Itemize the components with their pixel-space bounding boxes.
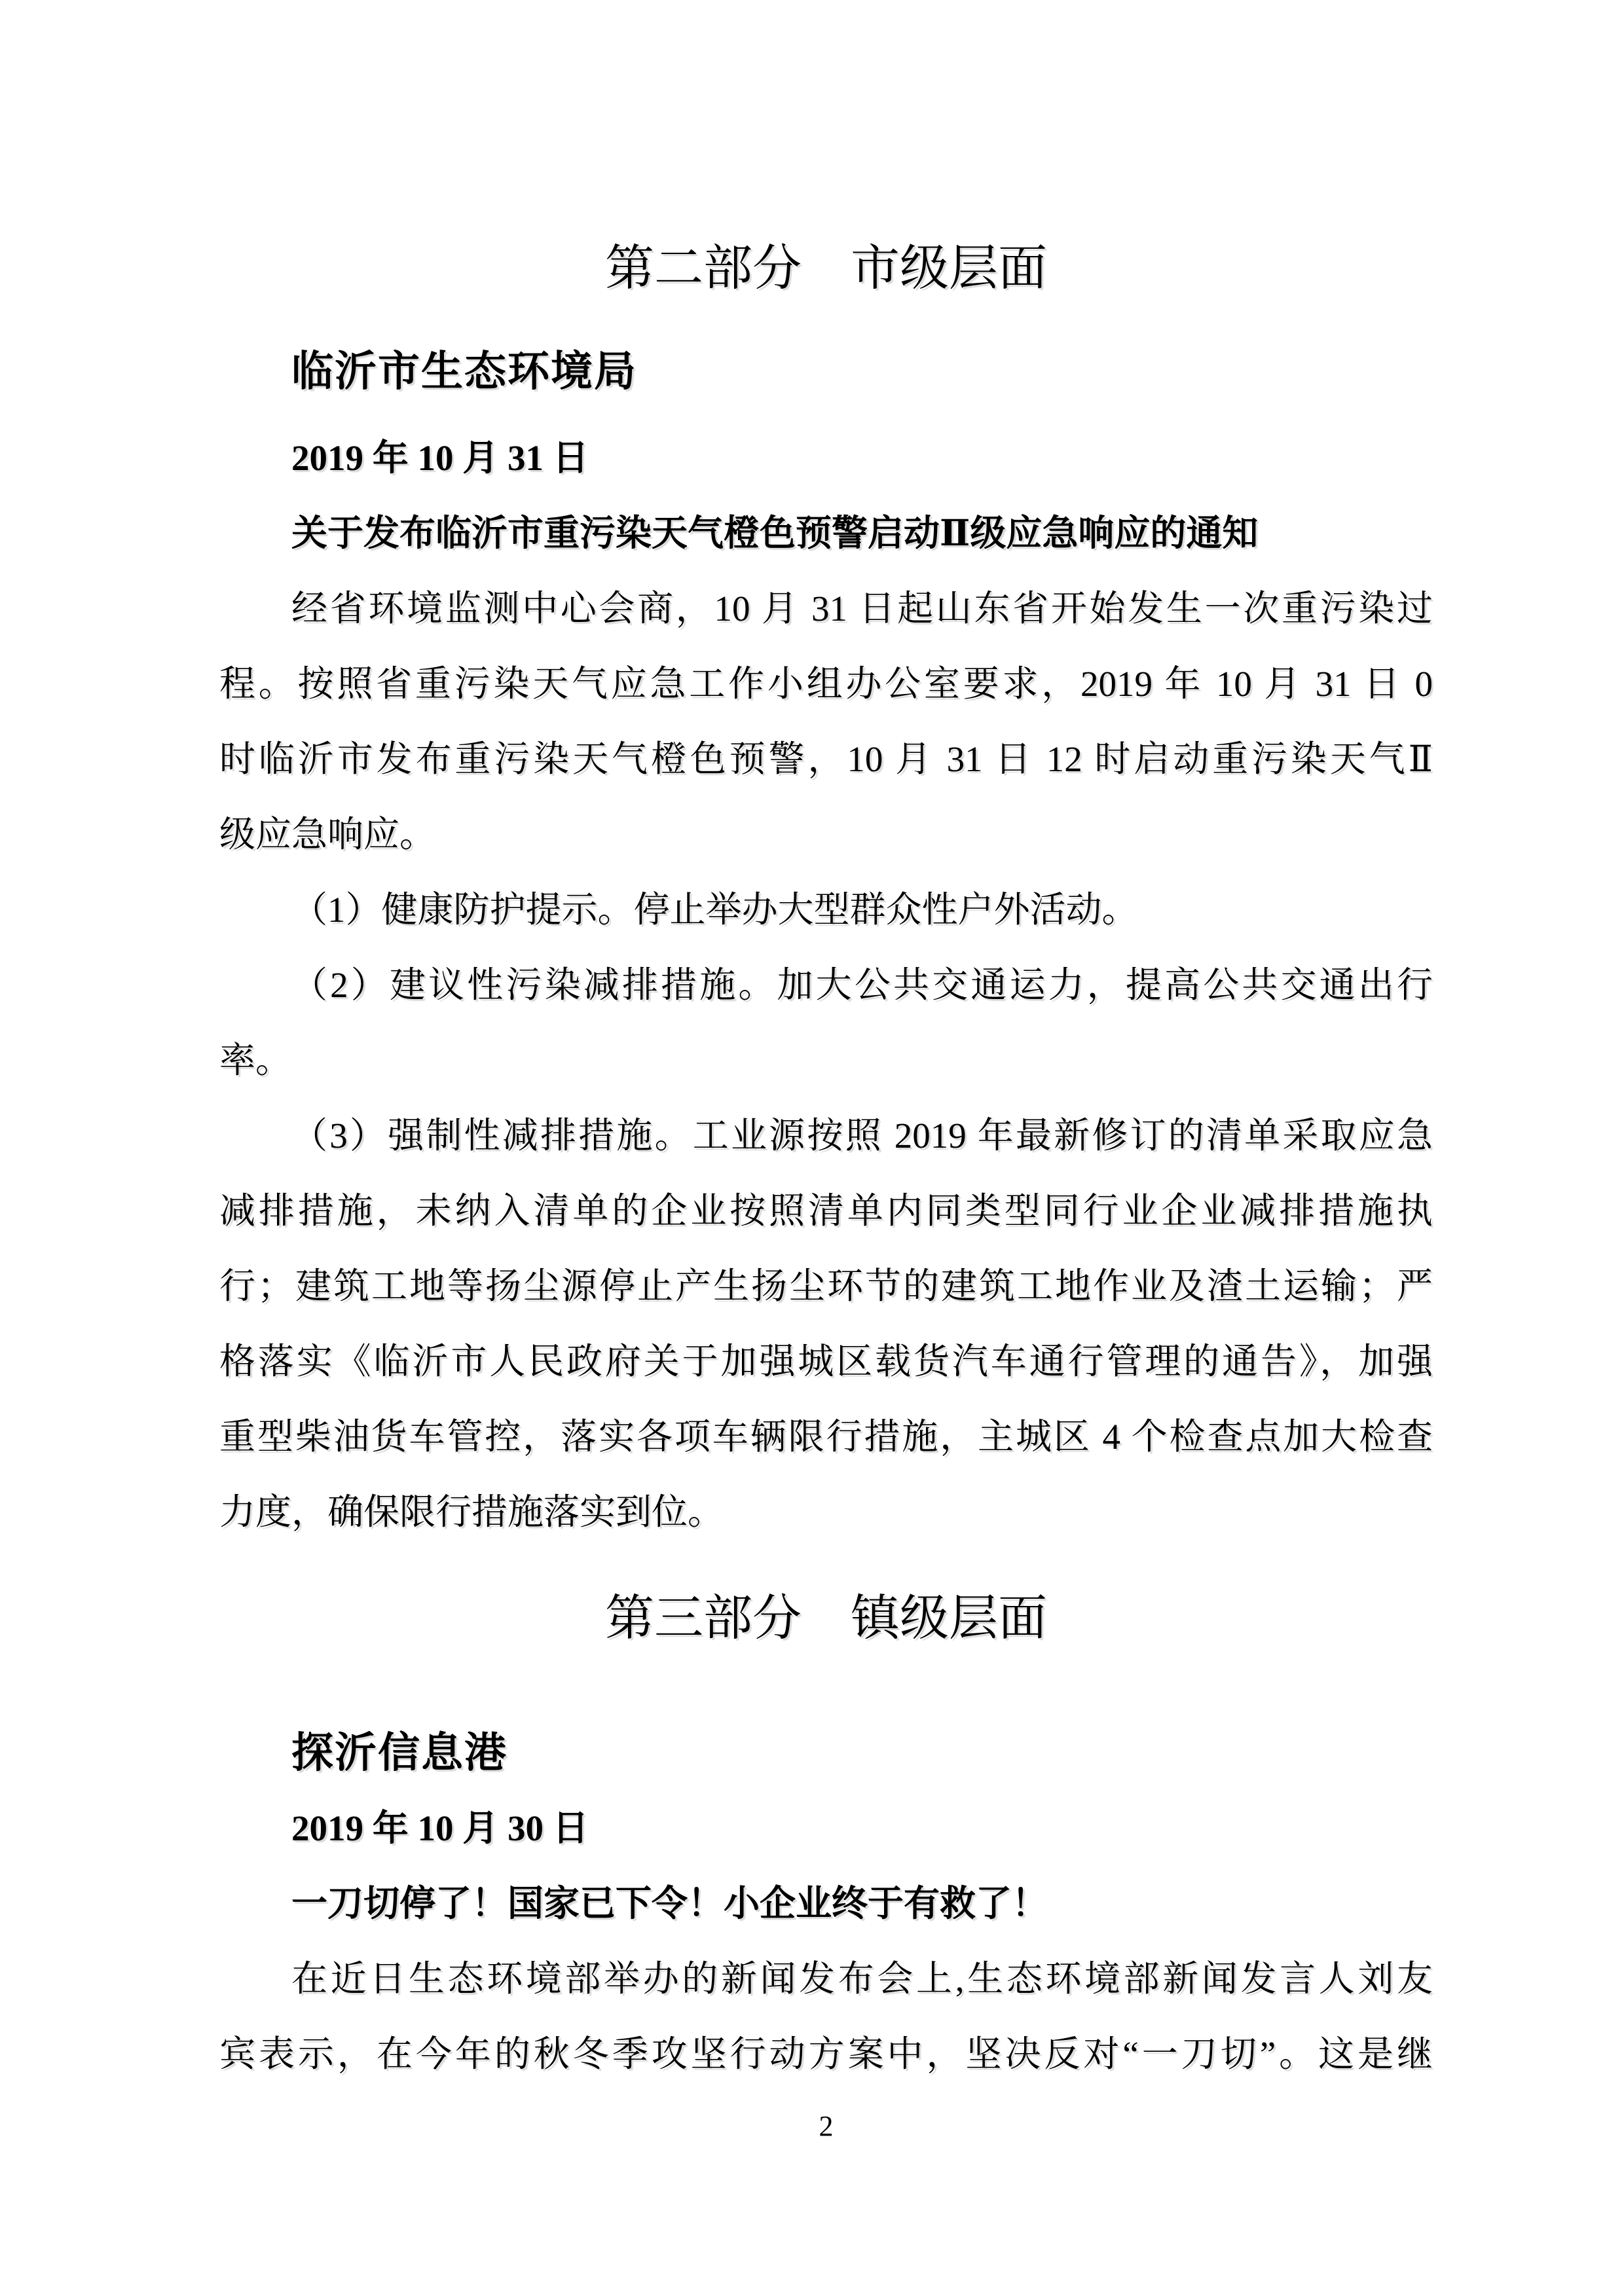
- part2-item3-line4: 格落实《临沂市人民政府关于加强城区载货汽车通行管理的通告》，加强: [219, 1324, 1433, 1399]
- part3-para1-line1: 在近日生态环境部举办的新闻发布会上,生态环境部新闻发言人刘友: [219, 1941, 1433, 2016]
- part3-para1-line2: 宾表示，在今年的秋冬季攻坚行动方案中，坚决反对“一刀切”。这是继: [219, 2016, 1433, 2092]
- part2-source-heading: 临沂市生态环境局: [219, 334, 1433, 409]
- part3-article-subject: 一刀切停了！国家已下令！小企业终于有救了！: [219, 1866, 1433, 1941]
- part2-item3-line2: 减排措施，未纳入清单的企业按照清单内同类型同行业企业减排措施执: [219, 1173, 1433, 1248]
- part2-section-title: 第二部分 市级层面: [219, 227, 1433, 312]
- part2-para1-line2: 程。按照省重污染天气应急工作小组办公室要求，2019 年 10 月 31 日 0: [219, 646, 1433, 721]
- part2-item2-line1: （2）建议性污染减排措施。加大公共交通运力，提高公共交通出行: [219, 947, 1433, 1023]
- part2-item3-line1: （3）强制性减排措施。工业源按照 2019 年最新修订的清单采取应急: [219, 1098, 1433, 1173]
- part2-para1-line4: 级应急响应。: [219, 797, 1433, 872]
- part2-para1-line1: 经省环境监测中心会商，10 月 31 日起山东省开始发生一次重污染过: [219, 571, 1433, 646]
- part2-notice-subject: 关于发布临沂市重污染天气橙色预警启动Ⅱ级应急响应的通知: [219, 496, 1433, 571]
- part2-para1-line3: 时临沂市发布重污染天气橙色预警，10 月 31 日 12 时启动重污染天气Ⅱ: [219, 721, 1433, 797]
- part2-item3-line6: 力度，确保限行措施落实到位。: [219, 1474, 1433, 1550]
- part3-date: 2019 年 10 月 30 日: [219, 1791, 1433, 1866]
- document-page: 第二部分 市级层面 临沂市生态环境局 2019 年 10 月 31 日 关于发布…: [0, 0, 1624, 2296]
- page-number: 2: [219, 2107, 1433, 2146]
- part2-item3-line3: 行；建筑工地等扬尘源停止产生扬尘环节的建筑工地作业及渣土运输；严: [219, 1248, 1433, 1324]
- part3-source-heading: 探沂信息港: [219, 1715, 1433, 1791]
- part2-date: 2019 年 10 月 31 日: [219, 420, 1433, 496]
- part2-item3-line5: 重型柴油货车管控，落实各项车辆限行措施，主城区 4 个检查点加大检查: [219, 1399, 1433, 1474]
- part2-item1: （1）健康防护提示。停止举办大型群众性户外活动。: [219, 872, 1433, 947]
- part3-section-title: 第三部分 镇级层面: [219, 1576, 1433, 1662]
- part2-item2-line2: 率。: [219, 1023, 1433, 1098]
